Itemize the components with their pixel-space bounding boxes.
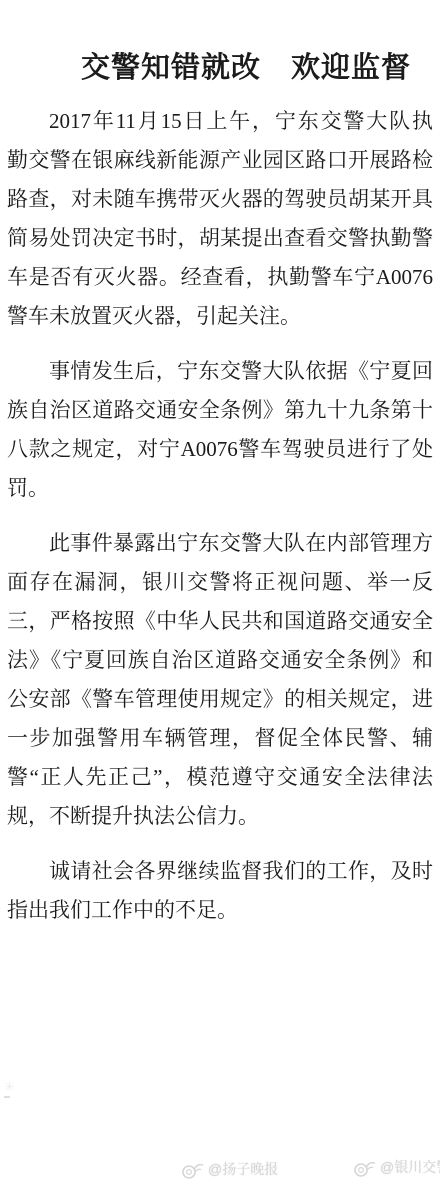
paragraph: 诚请社会各界继续监督我们的工作，及时指出我们工作中的不足。 [7,852,433,930]
text-line: 指出我们工作中的不足。 [7,891,433,930]
watermark-yinchuan-traffic-police: @银川交警 [352,1157,440,1177]
paragraph: 2017年11月15日上午，宁东交警大队执勤交警在银麻线新能源产业园区路口开展路… [7,102,433,336]
text-line: 事情发生后，宁东交警大队依据《宁夏回 [7,352,433,391]
watermark-label: @银川交警 [380,1157,440,1177]
text-line: 规，不断提升执法公信力。 [7,797,433,836]
text-line: 罚。 [7,469,433,508]
watermark-yangzi-evening-news: @扬子晚报 [180,1159,278,1179]
text-line: 族自治区道路交通安全条例》第九十九条第十 [7,391,433,430]
watermark-label: @扬子晚报 [208,1159,278,1179]
weibo-icon [352,1158,376,1177]
text-line: 八款之规定，对宁A0076警车驾驶员进行了处 [7,430,433,469]
text-line: 警车未放置灭火器，引起关注。 [7,297,433,336]
faint-smudge: ✳ [4,1080,15,1093]
text-line: 简易处罚决定书时，胡某提出查看交警执勤警 [7,219,433,258]
text-line: 2017年11月15日上午，宁东交警大队执 [7,102,433,141]
document-body: 2017年11月15日上午，宁东交警大队执勤交警在银麻线新能源产业园区路口开展路… [0,102,440,930]
document-page: 交警知错就改 欢迎监督 2017年11月15日上午，宁东交警大队执勤交警在银麻线… [0,0,440,1184]
text-line: 诚请社会各界继续监督我们的工作，及时 [7,852,433,891]
text-line: 路查，对未随车携带灭火器的驾驶员胡某开具 [7,180,433,219]
faint-smudge-dash [4,1096,10,1098]
text-line: 勤交警在银麻线新能源产业园区路口开展路检 [7,141,433,180]
weibo-icon [180,1160,204,1179]
text-line: 此事件暴露出宁东交警大队在内部管理方 [7,524,433,563]
paragraph: 此事件暴露出宁东交警大队在内部管理方面存在漏洞，银川交警将正视问题、举一反三，严… [7,524,433,836]
paragraph: 事情发生后，宁东交警大队依据《宁夏回族自治区道路交通安全条例》第九十九条第十八款… [7,352,433,508]
text-line: 法》《宁夏回族自治区道路交通安全条例》和 [7,641,433,680]
text-line: 公安部《警车管理使用规定》的相关规定，进 [7,680,433,719]
document-title: 交警知错就改 欢迎监督 [0,0,440,90]
text-line: 警“正人先正己”，模范遵守交通安全法律法 [7,758,433,797]
text-line: 车是否有灭火器。经查看，执勤警车宁A0076 [7,258,433,297]
text-line: 一步加强警用车辆管理，督促全体民警、辅 [7,719,433,758]
text-line: 面存在漏洞，银川交警将正视问题、举一反 [7,563,433,602]
text-line: 三，严格按照《中华人民共和国道路交通安全 [7,602,433,641]
